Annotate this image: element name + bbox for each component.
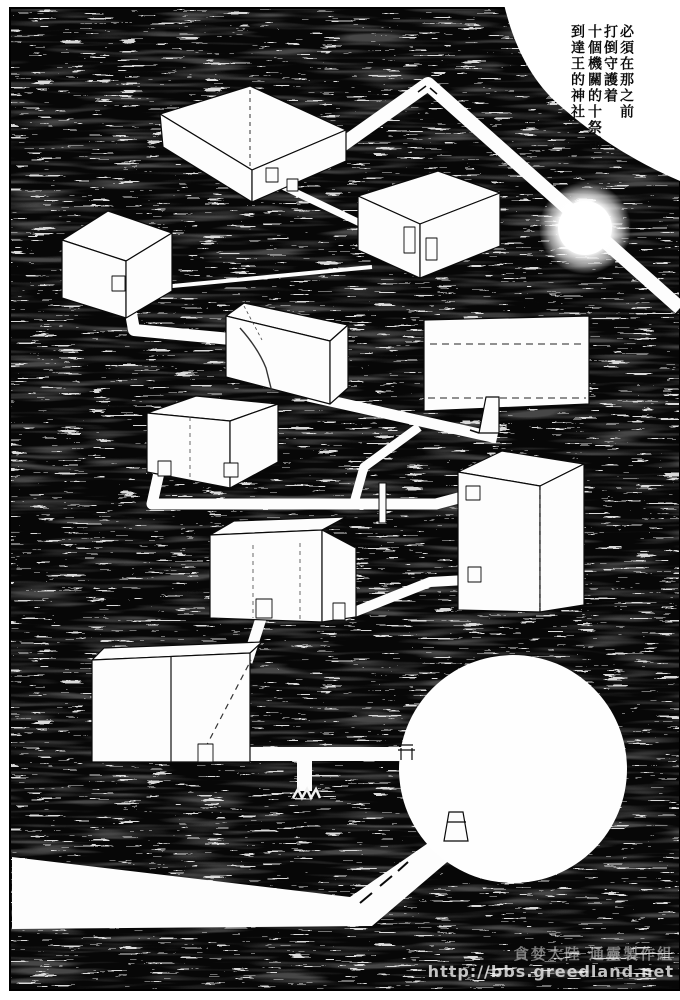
manga-page: 必須在那之前 打倒守護着 十個機關的十祭司 到達王的神社 貪婪大陸 通靈製作組 … — [0, 0, 680, 1000]
plaza-circle — [399, 655, 627, 883]
watermark-group-name: 貪婪大陸 通靈製作組 — [514, 946, 674, 963]
cross-marker — [379, 483, 386, 523]
watermark-url: http://bbs.greedland.net — [428, 963, 674, 980]
sun-icon — [539, 182, 631, 274]
dialogue-column: 十個機關的十祭司 — [584, 24, 604, 152]
dialogue-column: 到達王的神社 — [567, 24, 587, 120]
shrine-box-tall — [458, 451, 584, 612]
shrine-box-bottom-left — [92, 642, 262, 762]
path-dead-end-stub — [297, 760, 312, 791]
map-illustration — [0, 0, 680, 1000]
